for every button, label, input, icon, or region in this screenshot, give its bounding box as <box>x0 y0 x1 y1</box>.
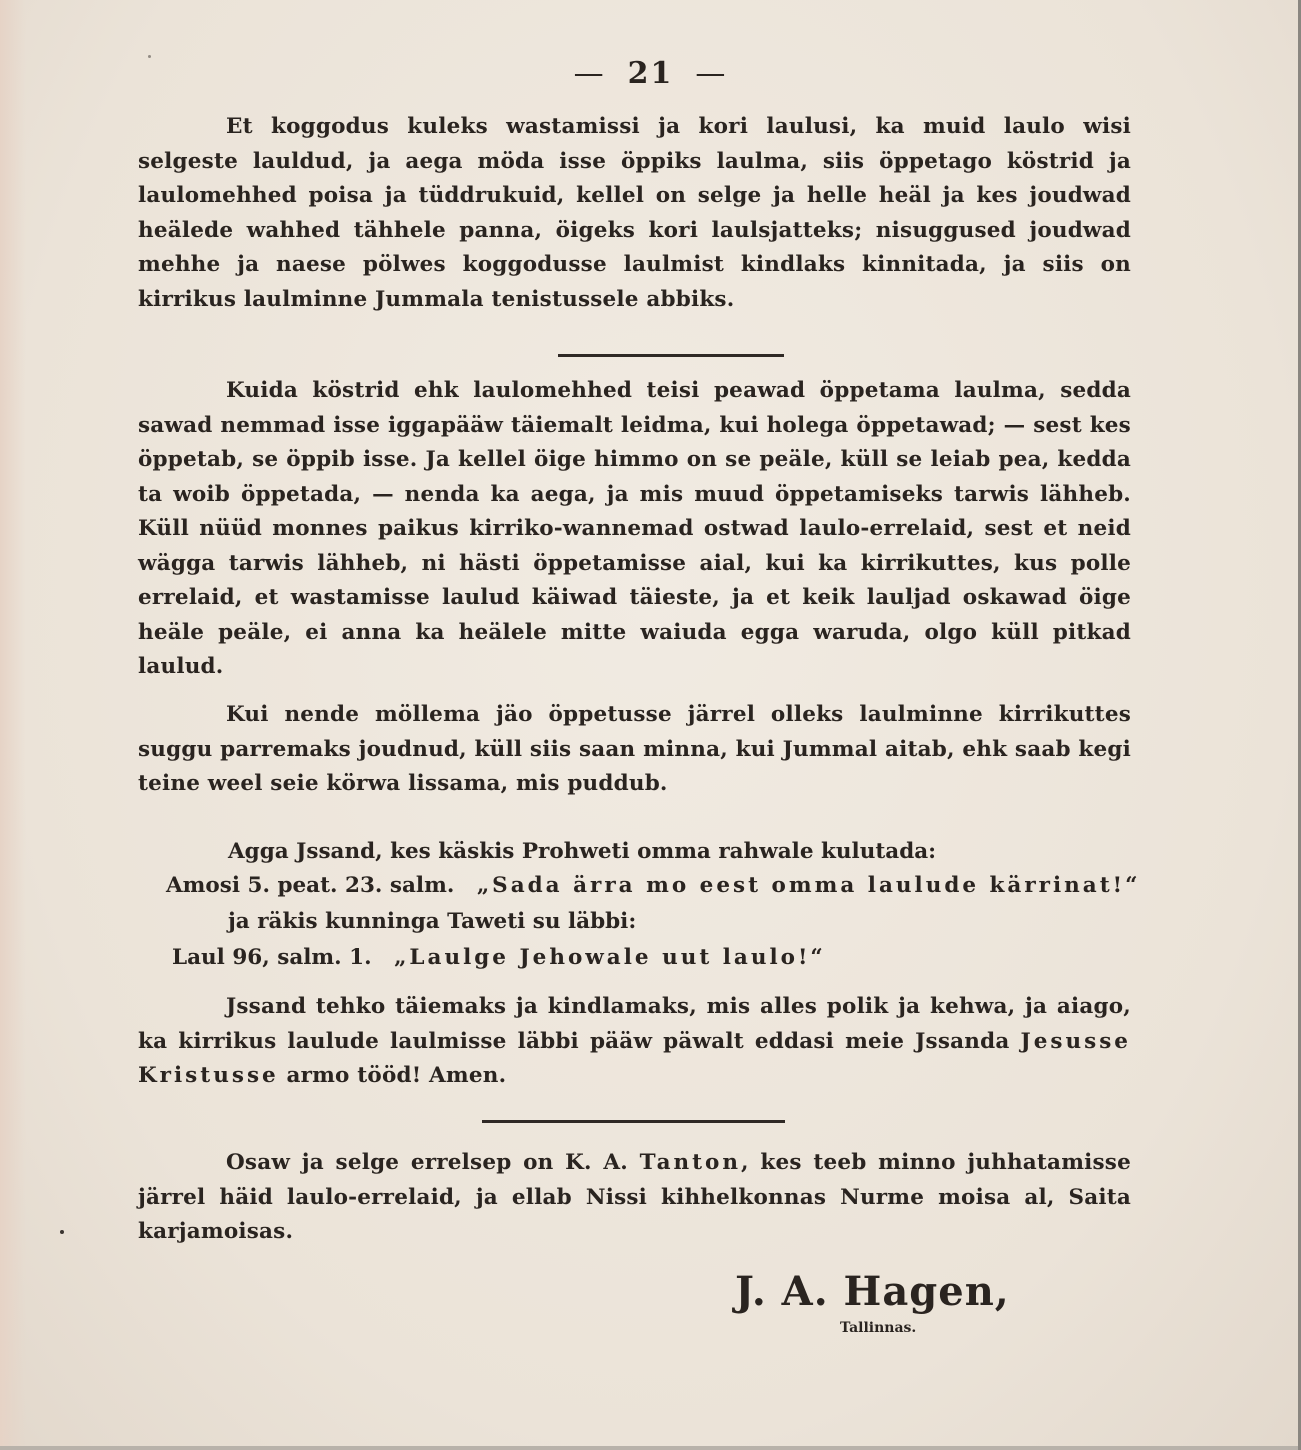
paragraph-1: Et koggodus kuleks wastamissi ja kori la… <box>138 110 1131 317</box>
scripture-line-amos: Amosi 5. peat. 23. salm. „Sada ärra mo e… <box>166 869 1140 903</box>
paragraph-5-name: Tanton <box>640 1150 741 1175</box>
header-dash-right: — <box>695 56 727 91</box>
scripture-intro: Agga Jssand, kes käskis Prohweti omma ra… <box>228 835 936 869</box>
scripture-quote-psalm: „Laulge Jehowale uut laulo!“ <box>394 945 826 970</box>
paragraph-2: Kuida köstrid ehk laulomehhed teisi peaw… <box>138 374 1131 685</box>
section-divider-2 <box>482 1120 785 1123</box>
scripture-ref-amos: Amosi 5. peat. 23. salm. <box>166 873 454 898</box>
paragraph-4-tail: armo tööd! Amen. <box>286 1063 506 1088</box>
author-signature: J. A. Hagen, <box>735 1268 1010 1315</box>
paper-speck <box>60 1230 64 1234</box>
scripture-bridge: ja räkis kunninga Taweti su läbbi: <box>228 905 636 939</box>
scripture-quote-amos: „Sada ärra mo eest omma laulude kärrinat… <box>477 873 1141 898</box>
scripture-ref-psalm: Laul 96, salm. 1. <box>172 945 372 970</box>
paragraph-4: Jssand tehko täiemaks ja kindlamaks, mis… <box>138 990 1131 1094</box>
paragraph-5: Osaw ja selge errelsep on K. A. Tanton, … <box>138 1146 1131 1250</box>
page-bottom-edge <box>0 1446 1301 1450</box>
paragraph-5-text: Osaw ja selge errelsep on K. A. <box>226 1150 628 1175</box>
paragraph-4-emphasis-kristusse: Kristusse <box>138 1063 279 1088</box>
paragraph-3: Kui nende möllema jäo öppetusse järrel o… <box>138 698 1131 802</box>
page-header: —21— <box>0 56 1301 91</box>
page-number: 21 <box>628 56 674 91</box>
scanned-page: —21— Et koggodus kuleks wastamissi ja ko… <box>0 0 1301 1450</box>
signature-place: Tallinnas. <box>840 1320 916 1336</box>
paragraph-4-text: Jssand tehko täiemaks ja kindlamaks, mis… <box>138 994 1131 1054</box>
scripture-line-psalm: Laul 96, salm. 1. „Laulge Jehowale uut l… <box>172 941 826 975</box>
header-dash-left: — <box>574 56 606 91</box>
paper-speck <box>148 55 151 58</box>
paragraph-4-emphasis-jesusse: Jesusse <box>1021 1029 1131 1054</box>
section-divider-1 <box>558 354 784 357</box>
